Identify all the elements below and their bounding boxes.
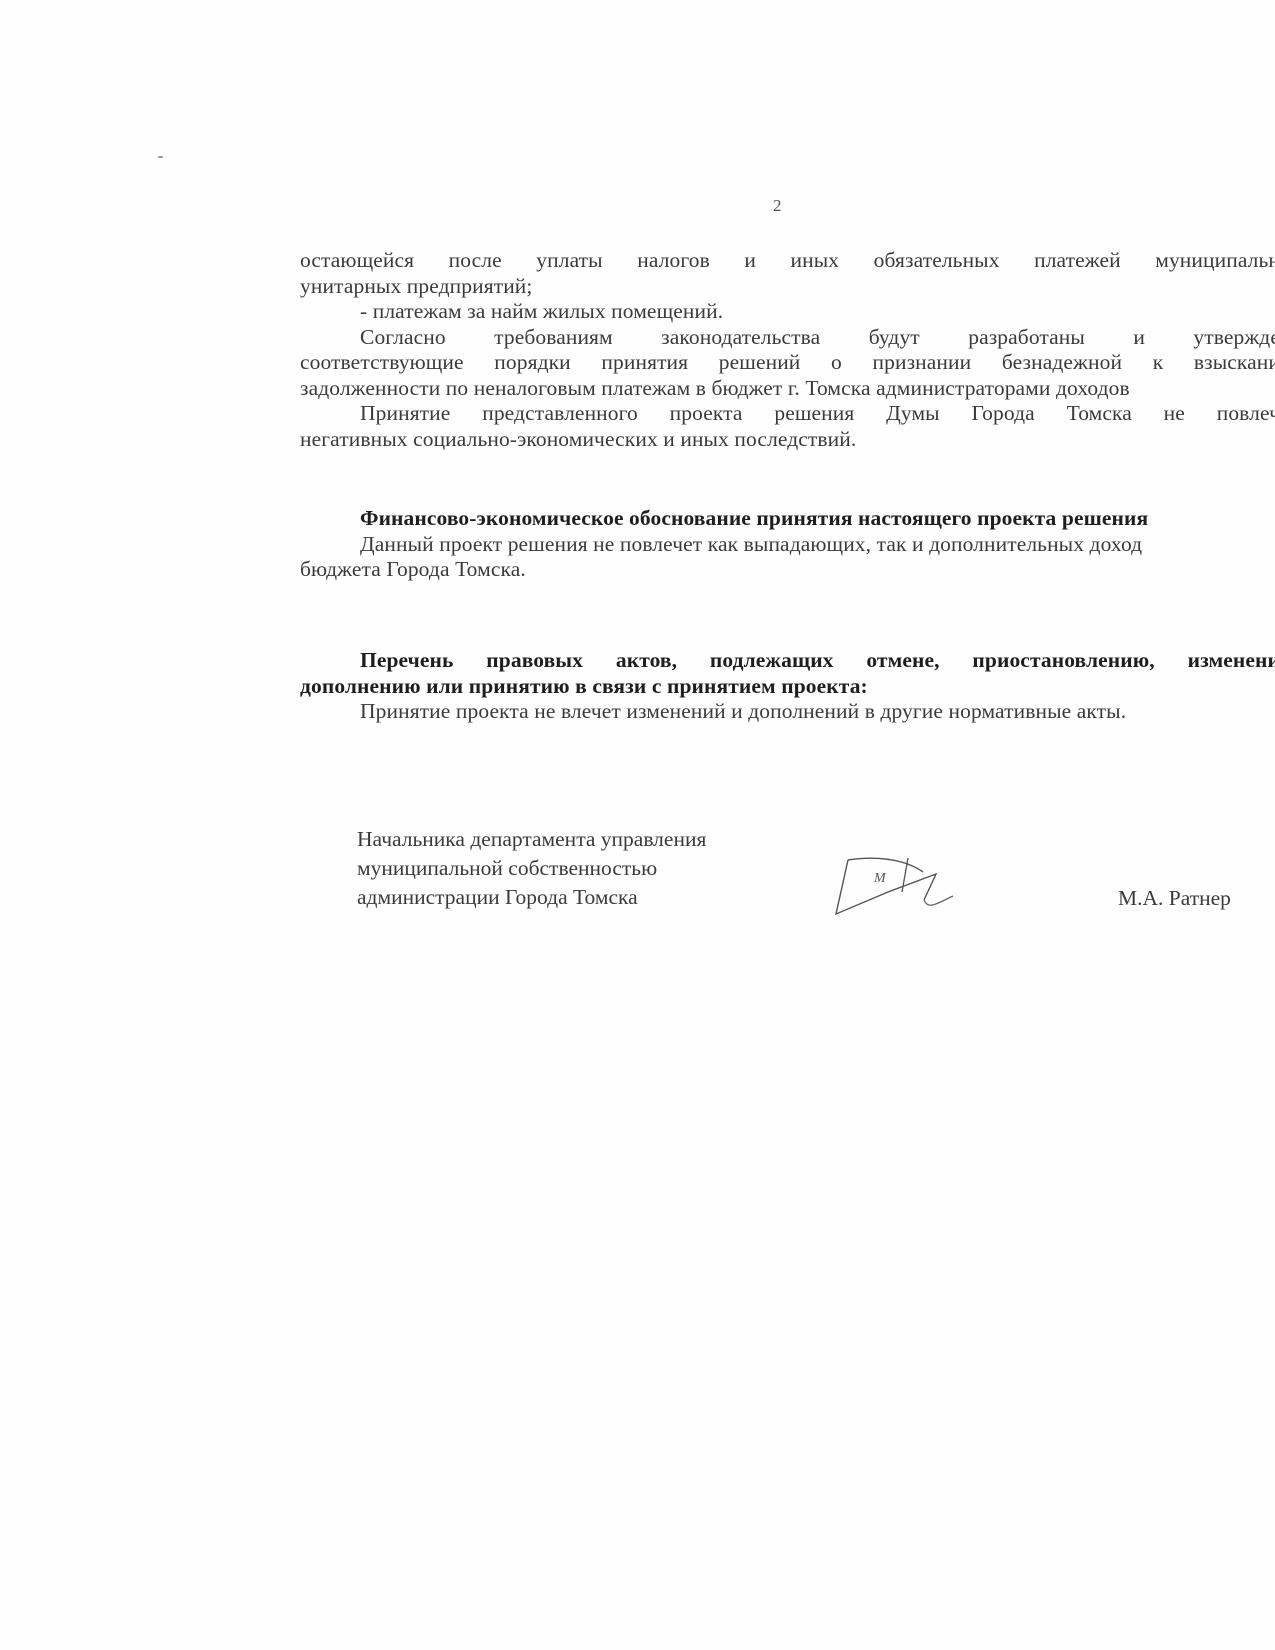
paragraph-income-items: остающейся после уплаты налогов и иных о… <box>300 248 1275 452</box>
signatory-title-line: муниципальной собственностью <box>357 854 706 883</box>
signatory-title-line: администрации Города Томска <box>357 883 706 912</box>
text-line: остающейся после уплаты налогов и иных о… <box>300 248 1275 274</box>
text-line: бюджета Города Томска. <box>300 557 1275 583</box>
handwritten-signature: М <box>828 852 978 922</box>
svg-text:М: М <box>873 871 887 886</box>
text-line: негативных социально-экономических и ины… <box>300 427 1275 453</box>
scan-artifact <box>158 156 163 158</box>
signer-name: М.А. Ратнер <box>1118 886 1231 911</box>
text-line: унитарных предприятий; <box>300 274 1275 300</box>
text-line: соответствующие порядки принятия решений… <box>300 350 1275 376</box>
text-line: - платежам за найм жилых помещений. <box>300 299 1275 325</box>
text-line: Принятие проекта не влечет изменений и д… <box>300 699 1275 725</box>
section-heading: Финансово-экономическое обоснование прин… <box>300 506 1275 532</box>
page-number: 2 <box>773 196 782 216</box>
section-heading: Перечень правовых актов, подлежащих отме… <box>300 648 1275 674</box>
section-legal-acts: Перечень правовых актов, подлежащих отме… <box>300 648 1275 725</box>
document-page: 2 остающейся после уплаты налогов и иных… <box>0 0 1275 1650</box>
text-line: задолженности по неналоговым платежам в … <box>300 376 1275 402</box>
signatory-title-line: Начальника департамента управления <box>357 825 706 854</box>
text-line: Данный проект решения не повлечет как вы… <box>300 532 1275 558</box>
signatory-title: Начальника департамента управления муниц… <box>357 825 706 912</box>
text-line: Принятие представленного проекта решения… <box>300 401 1275 427</box>
section-heading: дополнению или принятию в связи с принят… <box>300 674 1275 700</box>
text-line: Согласно требованиям законодательства бу… <box>300 325 1275 351</box>
section-financial-justification: Финансово-экономическое обоснование прин… <box>300 506 1275 583</box>
